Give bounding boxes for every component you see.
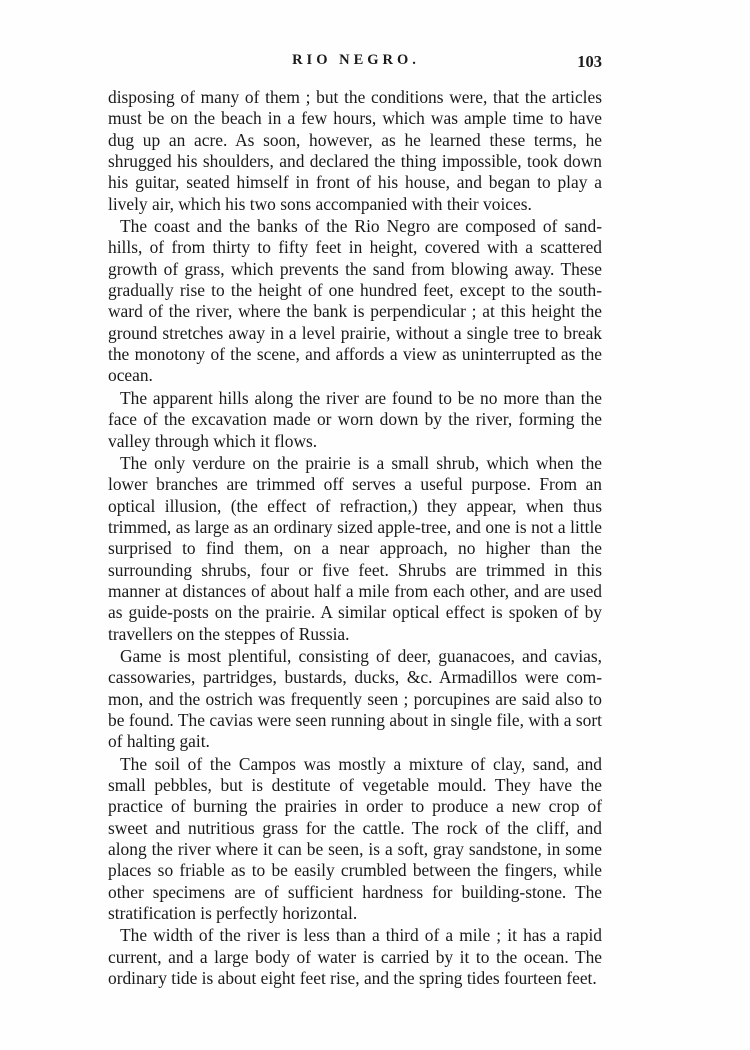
paragraph-river-width: The width of the river is less than a th… xyxy=(108,925,602,989)
paragraph-soil: The soil of the Campos was mostly a mixt… xyxy=(108,754,602,925)
paragraph-verdure: The only verdure on the prairie is a sma… xyxy=(108,453,602,645)
paragraph-game: Game is most plentiful, consisting of de… xyxy=(108,646,602,753)
running-header: RIO NEGRO. 103 xyxy=(110,50,602,76)
body-text: disposing of many of them ; but the cond… xyxy=(108,87,602,989)
page-number: 103 xyxy=(577,52,602,72)
paragraph-coast-and-banks: The coast and the banks of the Rio Negro… xyxy=(108,216,602,387)
paragraph-continued: disposing of many of them ; but the cond… xyxy=(108,87,602,215)
running-title: RIO NEGRO. xyxy=(110,52,602,69)
book-page: RIO NEGRO. 103 disposing of many of them… xyxy=(0,0,750,1050)
paragraph-apparent-hills: The apparent hills along the river are f… xyxy=(108,388,602,452)
